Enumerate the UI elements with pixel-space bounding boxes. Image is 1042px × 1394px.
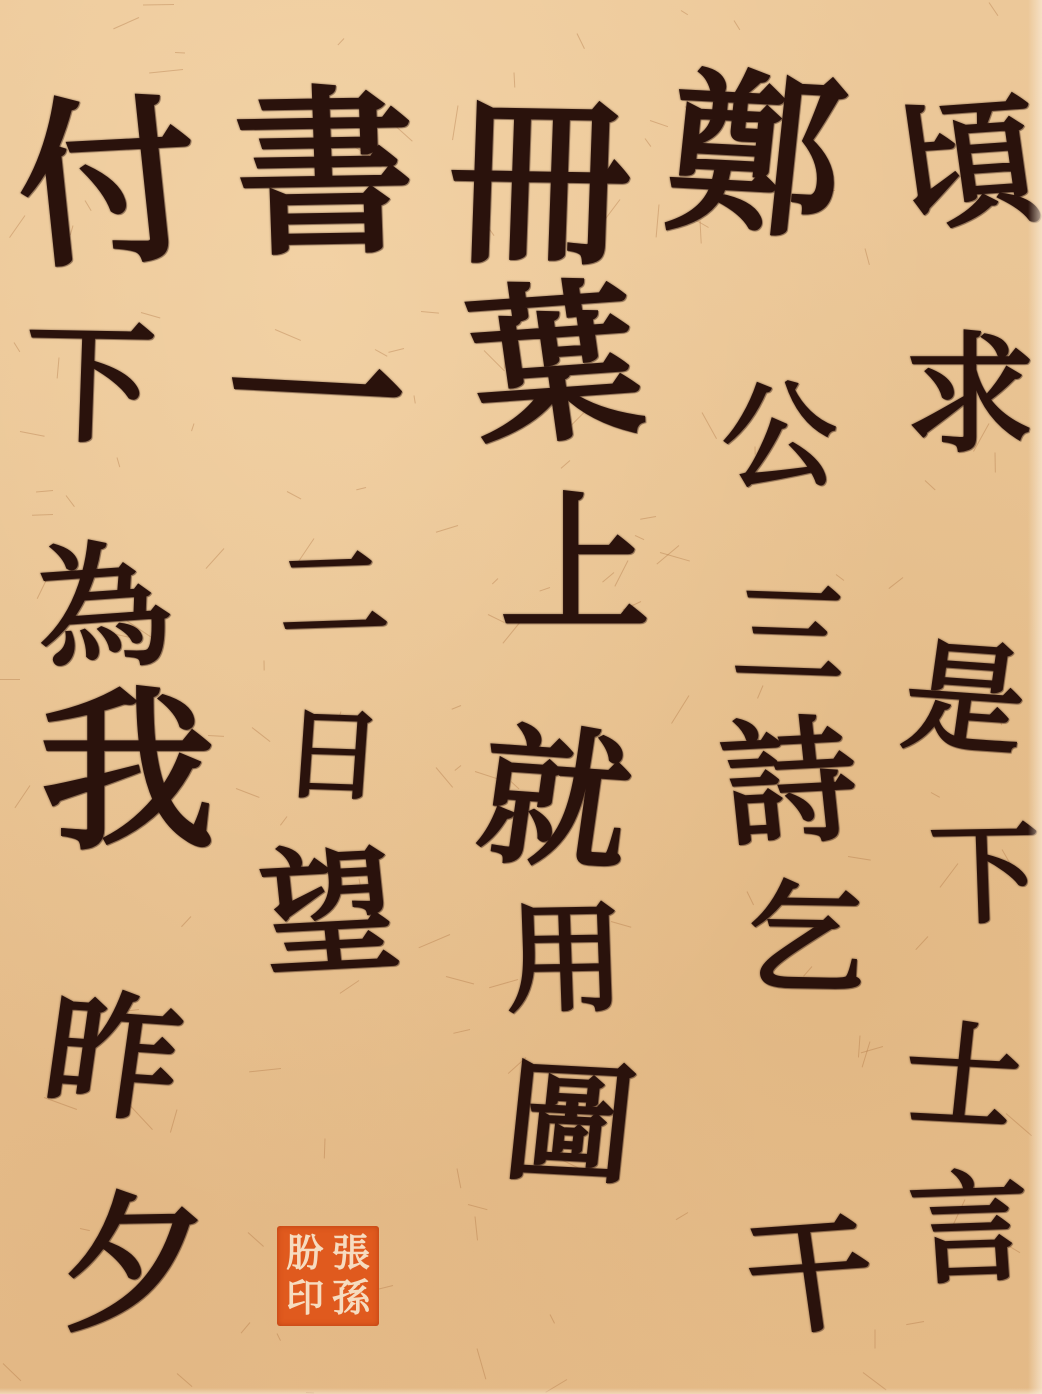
calligraphy-character: 下 [23,319,158,451]
calligraphy-character: 頃 [890,91,1042,240]
paper-fiber [414,395,416,403]
paper-fiber [277,1333,281,1341]
calligraphy-character: 下 [928,819,1042,931]
paper-fiber [191,423,194,431]
paper-fiber [149,69,183,74]
paper-fiber [206,548,225,569]
paper-fiber [931,792,940,798]
calligraphy-character: 士 [899,1017,1026,1138]
paper-fiber [436,525,458,533]
calligraphy-character: 詩 [715,712,864,854]
paper-fiber [14,785,30,808]
calligraphy-character: 求 [905,330,1035,460]
paper-edge-right [1028,0,1042,1394]
paper-fiber [681,10,688,15]
calligraphy-character: 上 [500,490,650,640]
calligraphy-character: 夕 [57,1189,212,1342]
paper-fiber [0,679,20,680]
paper-fiber [143,4,174,6]
paper-fiber [252,727,271,742]
paper-fiber [492,578,498,584]
paper-fiber [650,120,668,127]
calligraphy-character: 干 [739,1211,881,1344]
paper-fiber [671,695,689,724]
calligraphy-character: 用 [503,899,627,1021]
paper-fiber [175,52,185,54]
seal-glyph: 張 [329,1232,373,1275]
paper-fiber [457,1168,462,1188]
paper-fiber [264,660,265,670]
paper-fiber [702,412,717,439]
paper-fiber [477,1348,487,1379]
paper-fiber [419,934,451,948]
paper-fiber [36,490,53,492]
paper-fiber [906,1321,924,1325]
paper-fiber [550,1314,555,1323]
calligraphy-character: 日 [280,703,387,806]
paper-fiber [436,767,453,788]
calligraphy-character: 為 [26,536,180,679]
calligraphy-character: 就 [470,720,641,879]
paper-fiber [468,1204,488,1210]
paper-fiber [248,1232,264,1247]
paper-fiber [865,248,870,265]
paper-fiber [452,705,462,710]
paper-fiber [475,1216,479,1240]
seal-glyph: 印 [283,1277,327,1320]
calligraphy-character: 言 [906,1168,1034,1292]
paper-fiber [32,514,53,516]
paper-edge-bottom [0,1388,1042,1394]
paper-fiber [889,577,904,589]
seal-glyph: 朌 [283,1232,327,1275]
calligraphy-character: 書 [232,83,418,266]
paper-fiber [989,2,999,16]
paper-fiber [446,976,474,984]
paper-fiber [177,1373,193,1387]
calligraphy-leaf: 頃求是下士言 鄭公三詩乞干 冊葉上就用圖 書一二日望 付下為我昨夕 朌 張 印 … [0,0,1042,1394]
calligraphy-character: 圖 [498,1057,641,1193]
calligraphy-character: 冊 [447,93,633,276]
paper-fiber [241,1322,251,1333]
paper-fiber [645,138,652,147]
red-seal-stamp: 朌 張 印 孫 [277,1226,379,1326]
paper-fiber [337,38,344,45]
calligraphy-character: 付 [9,91,208,280]
calligraphy-character: 昨 [36,986,190,1129]
paper-fiber [454,765,461,771]
paper-fiber [925,480,936,490]
calligraphy-character: 我 [40,685,215,860]
paper-fiber [3,1363,22,1381]
paper-fiber [453,1029,470,1034]
paper-fiber [14,342,21,352]
paper-fiber [280,816,287,825]
paper-fiber [577,33,585,49]
calligraphy-character: 望 [255,842,404,984]
calligraphy-character: 三 [731,578,849,692]
calligraphy-character: 公 [718,378,841,497]
paper-fiber [421,311,439,314]
paper-fiber [66,495,75,507]
calligraphy-character: 葉 [458,275,651,456]
calligraphy-character: 是 [897,636,1033,763]
seal-glyph: 孫 [329,1277,373,1320]
paper-fiber [915,936,928,950]
calligraphy-character: 乞 [743,879,867,1001]
paper-fiber [113,17,139,29]
paper-fiber [858,1035,861,1057]
calligraphy-character: 鄭 [659,66,852,249]
paper-fiber [862,1041,871,1067]
paper-fiber [734,20,741,30]
paper-fiber [236,788,260,798]
calligraphy-character: 一 [216,306,415,495]
paper-fiber [181,916,191,927]
paper-fiber [324,1138,326,1158]
paper-fiber [249,1068,281,1072]
paper-fiber [861,1046,883,1053]
paper-fiber [676,1212,689,1220]
calligraphy-character: 二 [274,538,392,652]
